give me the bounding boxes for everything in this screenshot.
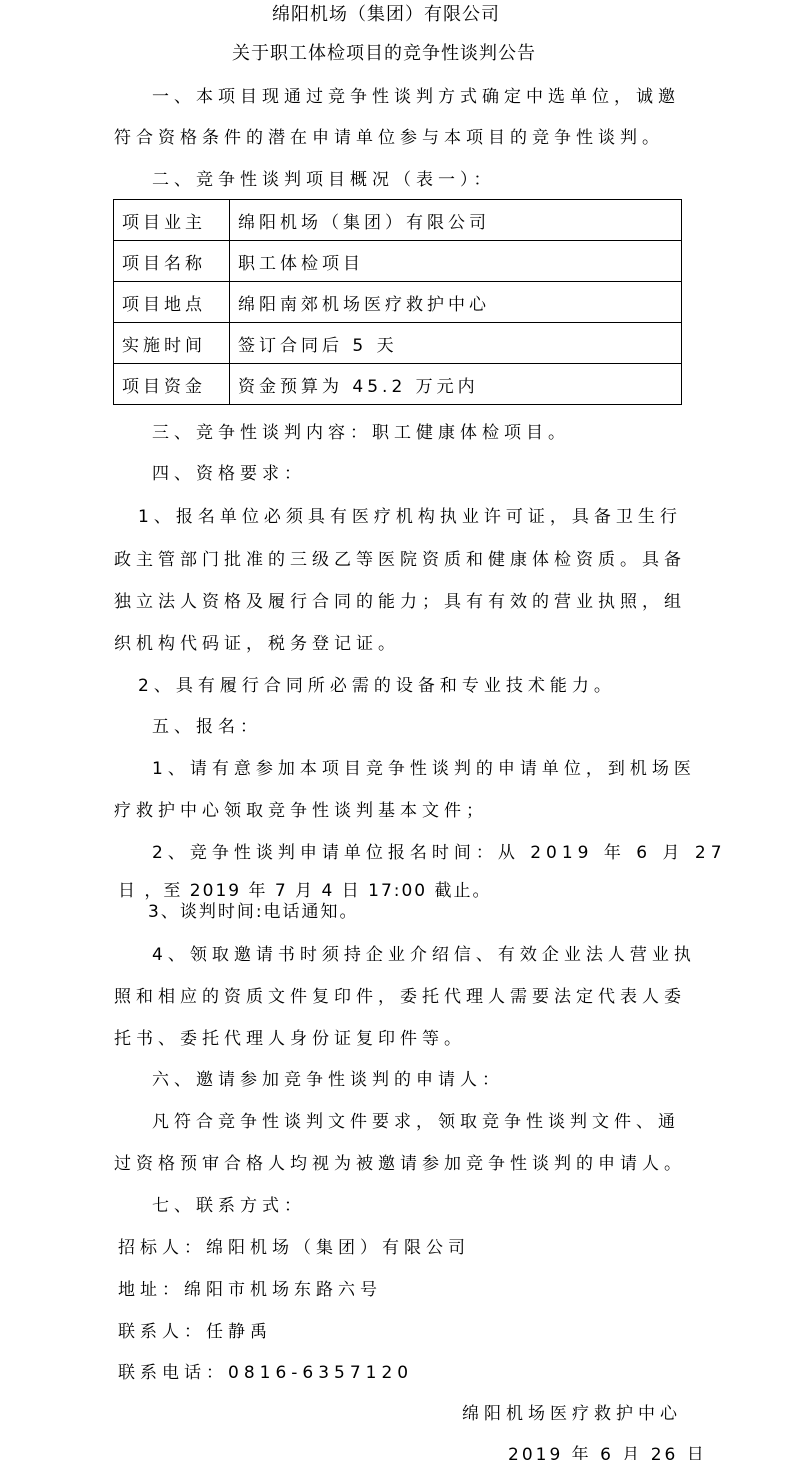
section5-item4-line3: 托书、委托代理人身份证复印件等。 xyxy=(114,1028,466,1050)
section3-text: 三、竞争性谈判内容：职工健康体检项目。 xyxy=(152,422,570,444)
table-row: 项目资金 资金预算为 45.2 万元内 xyxy=(114,364,682,405)
section6-line1: 凡符合竞争性谈判文件要求，领取竞争性谈判文件、通 xyxy=(152,1111,680,1133)
project-overview-table: 项目业主 绵阳机场（集团）有限公司 项目名称 职工体检项目 项目地点 绵阳南郊机… xyxy=(113,199,682,405)
section5-item3: 3、谈判时间:电话通知。 xyxy=(148,901,359,923)
section4-item2: 2、具有履行合同所必需的设备和专业技术能力。 xyxy=(138,675,616,697)
table-row: 实施时间 签订合同后 5 天 xyxy=(114,323,682,364)
document-title: 绵阳机场（集团）有限公司 xyxy=(272,4,500,26)
document-subtitle: 关于职工体检项目的竞争性谈判公告 xyxy=(232,43,536,65)
table-value: 绵阳南郊机场医疗救护中心 xyxy=(230,282,682,323)
signature-date: 2019 年 6 月 26 日 xyxy=(508,1444,707,1460)
table-row: 项目地点 绵阳南郊机场医疗救护中心 xyxy=(114,282,682,323)
table-key: 项目业主 xyxy=(114,200,230,241)
section4-item1-line2: 政主管部门批准的三级乙等医院资质和健康体检资质。具备 xyxy=(114,549,686,571)
contact-person: 联系人：任静禹 xyxy=(118,1321,272,1343)
contact-phone: 联系电话：0816-6357120 xyxy=(118,1362,413,1384)
table-value: 职工体检项目 xyxy=(230,241,682,282)
table-row: 项目名称 职工体检项目 xyxy=(114,241,682,282)
contact-tenderer: 招标人：绵阳机场（集团）有限公司 xyxy=(118,1237,470,1259)
table-row: 项目业主 绵阳机场（集团）有限公司 xyxy=(114,200,682,241)
table-key: 项目资金 xyxy=(114,364,230,405)
section4-item1-line1: 1、报名单位必须具有医疗机构执业许可证，具备卫生行 xyxy=(138,506,682,528)
section6-heading: 六、邀请参加竞争性谈判的申请人： xyxy=(152,1069,504,1091)
table-key: 项目地点 xyxy=(114,282,230,323)
contact-address: 地址：绵阳市机场东路六号 xyxy=(118,1279,382,1301)
section4-heading: 四、资格要求： xyxy=(152,463,306,485)
table-key: 项目名称 xyxy=(114,241,230,282)
table-value: 资金预算为 45.2 万元内 xyxy=(230,364,682,405)
section4-item1-line4: 织机构代码证，税务登记证。 xyxy=(114,633,400,655)
section5-heading: 五、报名： xyxy=(152,716,262,738)
table-value: 签订合同后 5 天 xyxy=(230,323,682,364)
section5-item2-line2: 日 ，至 2019 年 7 月 4 日 17:00 截止。 xyxy=(118,880,492,902)
section5-item1-line2: 疗救护中心领取竞争性谈判基本文件； xyxy=(114,800,488,822)
section5-item2-line1: 2、竞争性谈判申请单位报名时间：从 2019 年 6 月 27 xyxy=(152,842,727,864)
section7-heading: 七、联系方式： xyxy=(152,1195,306,1217)
table-key: 实施时间 xyxy=(114,323,230,364)
section5-item4-line1: 4、领取邀请书时须持企业介绍信、有效企业法人营业执 xyxy=(152,944,696,966)
section1-line2: 符合资格条件的潜在申请单位参与本项目的竞争性谈判。 xyxy=(114,127,664,149)
signature-org: 绵阳机场医疗救护中心 xyxy=(462,1403,682,1425)
section4-item1-line3: 独立法人资格及履行合同的能力；具有有效的营业执照，组 xyxy=(114,591,686,613)
table-value: 绵阳机场（集团）有限公司 xyxy=(230,200,682,241)
section1-line1: 一、本项目现通过竞争性谈判方式确定中选单位，诚邀 xyxy=(152,86,680,108)
section2-heading: 二、竞争性谈判项目概况（表一）： xyxy=(152,169,496,191)
section5-item1-line1: 1、请有意参加本项目竞争性谈判的申请单位，到机场医 xyxy=(152,758,696,780)
section6-line2: 过资格预审合格人均视为被邀请参加竞争性谈判的申请人。 xyxy=(114,1153,686,1175)
section5-item4-line2: 照和相应的资质文件复印件，委托代理人需要法定代表人委 xyxy=(114,986,686,1008)
